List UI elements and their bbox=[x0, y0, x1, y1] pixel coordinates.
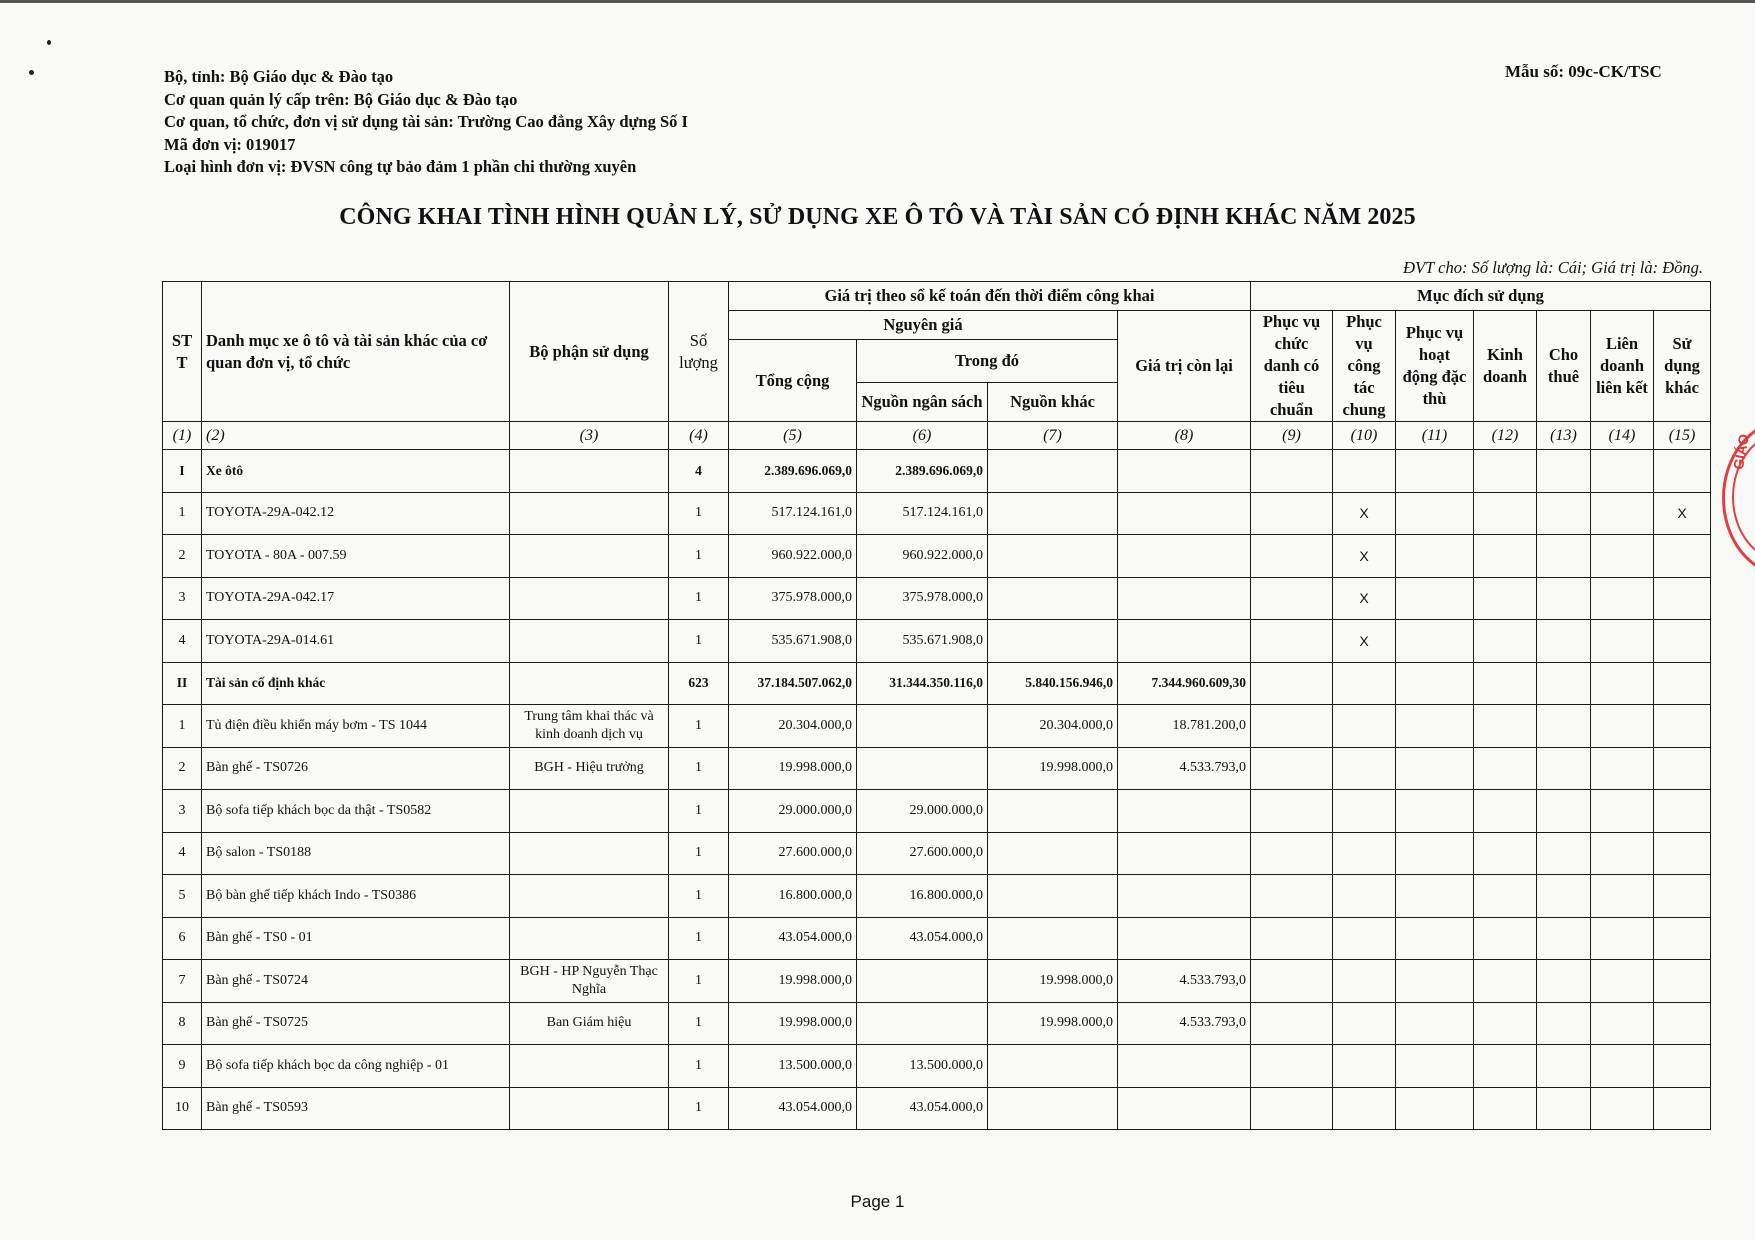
row-department: Trung tâm khai thác và kinh doanh dịch v… bbox=[510, 705, 669, 748]
row-p14 bbox=[1591, 620, 1654, 663]
row-stt: 6 bbox=[163, 917, 202, 960]
row-p13 bbox=[1537, 620, 1591, 663]
header-item: Danh mục xe ô tô và tài sản khác của cơ … bbox=[202, 282, 510, 422]
row-p13 bbox=[1537, 662, 1591, 705]
row-p10 bbox=[1333, 705, 1396, 748]
table-row: 8Bàn ghế - TS0725Ban Giám hiệu119.998.00… bbox=[163, 1002, 1711, 1045]
row-p15 bbox=[1654, 875, 1711, 918]
row-p13 bbox=[1537, 535, 1591, 578]
row-budget-source bbox=[857, 960, 988, 1003]
row-p12 bbox=[1474, 790, 1537, 833]
row-stt: 2 bbox=[163, 747, 202, 790]
column-number: (8) bbox=[1118, 422, 1251, 450]
header-p15: Sử dụng khác bbox=[1654, 311, 1711, 422]
row-remaining-value: 18.781.200,0 bbox=[1118, 705, 1251, 748]
row-remaining-value bbox=[1118, 535, 1251, 578]
row-p15 bbox=[1654, 450, 1711, 493]
row-remaining-value bbox=[1118, 492, 1251, 535]
row-budget-source: 375.978.000,0 bbox=[857, 577, 988, 620]
row-p13 bbox=[1537, 747, 1591, 790]
row-p14 bbox=[1591, 1045, 1654, 1088]
row-p13 bbox=[1537, 832, 1591, 875]
row-stt: 1 bbox=[163, 705, 202, 748]
row-p12 bbox=[1474, 917, 1537, 960]
column-number: (6) bbox=[857, 422, 988, 450]
row-p12 bbox=[1474, 450, 1537, 493]
row-stt: 7 bbox=[163, 960, 202, 1003]
row-p13 bbox=[1537, 875, 1591, 918]
row-remaining-value bbox=[1118, 1087, 1251, 1130]
row-remaining-value bbox=[1118, 832, 1251, 875]
row-budget-source: 16.800.000,0 bbox=[857, 875, 988, 918]
row-p12 bbox=[1474, 747, 1537, 790]
row-other-source: 5.840.156.946,0 bbox=[988, 662, 1118, 705]
row-p9 bbox=[1251, 747, 1333, 790]
row-p9 bbox=[1251, 535, 1333, 578]
row-department bbox=[510, 492, 669, 535]
column-number: (7) bbox=[988, 422, 1118, 450]
scan-top-edge bbox=[0, 0, 1755, 3]
table-row: 5Bộ bàn ghế tiếp khách Indo - TS0386116.… bbox=[163, 875, 1711, 918]
row-p12 bbox=[1474, 832, 1537, 875]
row-p14 bbox=[1591, 705, 1654, 748]
asset-table: ST T Danh mục xe ô tô và tài sản khác củ… bbox=[162, 281, 1711, 1130]
row-budget-source: 43.054.000,0 bbox=[857, 1087, 988, 1130]
header-total: Tổng cộng bbox=[729, 340, 857, 422]
row-p11 bbox=[1396, 747, 1474, 790]
header-p11: Phục vụ hoạt động đặc thù bbox=[1396, 311, 1474, 422]
column-number: (3) bbox=[510, 422, 669, 450]
column-number: (5) bbox=[729, 422, 857, 450]
unit-note: ĐVT cho: Số lượng là: Cái; Giá trị là: Đ… bbox=[1403, 258, 1703, 278]
header-p9: Phục vụ chức danh có tiêu chuẩn bbox=[1251, 311, 1333, 422]
row-p15 bbox=[1654, 790, 1711, 833]
row-p15 bbox=[1654, 917, 1711, 960]
row-item-name: Tủ điện điều khiển máy bơm - TS 1044 bbox=[202, 705, 510, 748]
row-p11 bbox=[1396, 705, 1474, 748]
row-p11 bbox=[1396, 832, 1474, 875]
column-number: (15) bbox=[1654, 422, 1711, 450]
row-p13 bbox=[1537, 1002, 1591, 1045]
row-p13 bbox=[1537, 1087, 1591, 1130]
table-row: 3Bộ sofa tiếp khách bọc da thật - TS0582… bbox=[163, 790, 1711, 833]
row-p12 bbox=[1474, 662, 1537, 705]
row-p14 bbox=[1591, 492, 1654, 535]
row-p12 bbox=[1474, 705, 1537, 748]
row-stt: 3 bbox=[163, 790, 202, 833]
header-other-source: Nguồn khác bbox=[988, 383, 1118, 422]
row-budget-source: 31.344.350.116,0 bbox=[857, 662, 988, 705]
row-other-source bbox=[988, 832, 1118, 875]
row-p10 bbox=[1333, 917, 1396, 960]
row-budget-source: 2.389.696.069,0 bbox=[857, 450, 988, 493]
row-p11 bbox=[1396, 790, 1474, 833]
table-row: 4Bộ salon - TS0188127.600.000,027.600.00… bbox=[163, 832, 1711, 875]
row-total: 19.998.000,0 bbox=[729, 960, 857, 1003]
table-row: 7Bàn ghế - TS0724BGH - HP Nguyễn Thạc Ng… bbox=[163, 960, 1711, 1003]
row-p10 bbox=[1333, 960, 1396, 1003]
document-title: CÔNG KHAI TÌNH HÌNH QUẢN LÝ, SỬ DỤNG XE … bbox=[0, 204, 1755, 231]
column-number: (10) bbox=[1333, 422, 1396, 450]
row-remaining-value bbox=[1118, 1045, 1251, 1088]
page-number: Page 1 bbox=[0, 1192, 1755, 1212]
row-p14 bbox=[1591, 1087, 1654, 1130]
row-item-name: Bộ sofa tiếp khách bọc da thật - TS0582 bbox=[202, 790, 510, 833]
row-quantity: 1 bbox=[669, 917, 729, 960]
column-number: (4) bbox=[669, 422, 729, 450]
row-other-source bbox=[988, 577, 1118, 620]
row-other-source: 19.998.000,0 bbox=[988, 960, 1118, 1003]
row-quantity: 1 bbox=[669, 960, 729, 1003]
row-remaining-value: 7.344.960.609,30 bbox=[1118, 662, 1251, 705]
row-p9 bbox=[1251, 917, 1333, 960]
row-total: 20.304.000,0 bbox=[729, 705, 857, 748]
row-p15 bbox=[1654, 535, 1711, 578]
row-item-name: Bộ bàn ghế tiếp khách Indo - TS0386 bbox=[202, 875, 510, 918]
row-p11 bbox=[1396, 1087, 1474, 1130]
row-remaining-value bbox=[1118, 917, 1251, 960]
row-p13 bbox=[1537, 960, 1591, 1003]
ministry-line: Bộ, tỉnh: Bộ Giáo dục & Đào tạo bbox=[164, 66, 688, 89]
row-p10: X bbox=[1333, 577, 1396, 620]
header-department: Bộ phận sử dụng bbox=[510, 282, 669, 422]
row-other-source: 19.998.000,0 bbox=[988, 1002, 1118, 1045]
row-p11 bbox=[1396, 450, 1474, 493]
row-p11 bbox=[1396, 577, 1474, 620]
table-row: 10Bàn ghế - TS0593143.054.000,043.054.00… bbox=[163, 1087, 1711, 1130]
row-p13 bbox=[1537, 1045, 1591, 1088]
row-total: 43.054.000,0 bbox=[729, 1087, 857, 1130]
row-item-name: Bàn ghế - TS0724 bbox=[202, 960, 510, 1003]
row-p10 bbox=[1333, 747, 1396, 790]
row-p14 bbox=[1591, 917, 1654, 960]
row-p15 bbox=[1654, 1087, 1711, 1130]
row-p9 bbox=[1251, 705, 1333, 748]
row-item-name: Xe ôtô bbox=[202, 450, 510, 493]
row-item-name: TOYOTA-29A-042.17 bbox=[202, 577, 510, 620]
row-p9 bbox=[1251, 790, 1333, 833]
row-stt: 10 bbox=[163, 1087, 202, 1130]
row-stt: 4 bbox=[163, 620, 202, 663]
row-total: 375.978.000,0 bbox=[729, 577, 857, 620]
row-other-source bbox=[988, 917, 1118, 960]
row-p10: X bbox=[1333, 535, 1396, 578]
column-number-row: (1)(2)(3)(4)(5)(6)(7)(8)(9)(10)(11)(12)(… bbox=[163, 422, 1711, 450]
row-stt: 9 bbox=[163, 1045, 202, 1088]
row-stt: 4 bbox=[163, 832, 202, 875]
row-p15 bbox=[1654, 662, 1711, 705]
row-quantity: 1 bbox=[669, 1045, 729, 1088]
column-number: (13) bbox=[1537, 422, 1591, 450]
row-p9 bbox=[1251, 577, 1333, 620]
row-p14 bbox=[1591, 747, 1654, 790]
scan-specks bbox=[25, 40, 55, 85]
row-p13 bbox=[1537, 705, 1591, 748]
row-stt: 5 bbox=[163, 875, 202, 918]
row-stt: I bbox=[163, 450, 202, 493]
column-number: (2) bbox=[202, 422, 510, 450]
row-p9 bbox=[1251, 960, 1333, 1003]
table-row: 3TOYOTA-29A-042.171375.978.000,0375.978.… bbox=[163, 577, 1711, 620]
row-other-source: 19.998.000,0 bbox=[988, 747, 1118, 790]
table-row: 1Tủ điện điều khiển máy bơm - TS 1044Tru… bbox=[163, 705, 1711, 748]
row-p14 bbox=[1591, 875, 1654, 918]
row-other-source bbox=[988, 1045, 1118, 1088]
row-quantity: 1 bbox=[669, 790, 729, 833]
row-total: 960.922.000,0 bbox=[729, 535, 857, 578]
row-p14 bbox=[1591, 535, 1654, 578]
row-total: 2.389.696.069,0 bbox=[729, 450, 857, 493]
row-p15 bbox=[1654, 747, 1711, 790]
column-number: (12) bbox=[1474, 422, 1537, 450]
row-total: 27.600.000,0 bbox=[729, 832, 857, 875]
row-department: Ban Giám hiệu bbox=[510, 1002, 669, 1045]
row-department bbox=[510, 577, 669, 620]
row-budget-source: 27.600.000,0 bbox=[857, 832, 988, 875]
row-budget-source: 29.000.000,0 bbox=[857, 790, 988, 833]
row-other-source bbox=[988, 1087, 1118, 1130]
row-total: 37.184.507.062,0 bbox=[729, 662, 857, 705]
row-remaining-value: 4.533.793,0 bbox=[1118, 747, 1251, 790]
row-budget-source: 535.671.908,0 bbox=[857, 620, 988, 663]
row-other-source: 20.304.000,0 bbox=[988, 705, 1118, 748]
row-quantity: 1 bbox=[669, 832, 729, 875]
row-item-name: Bàn ghế - TS0 - 01 bbox=[202, 917, 510, 960]
row-p14 bbox=[1591, 577, 1654, 620]
header-p14: Liên doanh liên kết bbox=[1591, 311, 1654, 422]
row-quantity: 1 bbox=[669, 705, 729, 748]
table-row: 6Bàn ghế - TS0 - 01143.054.000,043.054.0… bbox=[163, 917, 1711, 960]
row-department bbox=[510, 1087, 669, 1130]
row-total: 19.998.000,0 bbox=[729, 747, 857, 790]
row-p13 bbox=[1537, 790, 1591, 833]
row-p14 bbox=[1591, 790, 1654, 833]
header-p13: Cho thuê bbox=[1537, 311, 1591, 422]
row-department bbox=[510, 790, 669, 833]
row-item-name: Bàn ghế - TS0726 bbox=[202, 747, 510, 790]
row-p11 bbox=[1396, 535, 1474, 578]
table-row: 2TOYOTA - 80A - 007.591960.922.000,0960.… bbox=[163, 535, 1711, 578]
row-stt: II bbox=[163, 662, 202, 705]
organization-line: Cơ quan, tổ chức, đơn vị sử dụng tài sản… bbox=[164, 111, 688, 134]
row-other-source bbox=[988, 492, 1118, 535]
row-total: 29.000.000,0 bbox=[729, 790, 857, 833]
table-row: 9Bộ sofa tiếp khách bọc da công nghiệp -… bbox=[163, 1045, 1711, 1088]
row-p12 bbox=[1474, 492, 1537, 535]
row-quantity: 1 bbox=[669, 620, 729, 663]
row-budget-source: 13.500.000,0 bbox=[857, 1045, 988, 1088]
row-p9 bbox=[1251, 1002, 1333, 1045]
row-total: 535.671.908,0 bbox=[729, 620, 857, 663]
row-p11 bbox=[1396, 1045, 1474, 1088]
row-p10 bbox=[1333, 875, 1396, 918]
row-p15 bbox=[1654, 832, 1711, 875]
row-quantity: 1 bbox=[669, 577, 729, 620]
row-remaining-value bbox=[1118, 450, 1251, 493]
column-number: (11) bbox=[1396, 422, 1474, 450]
unit-type-line: Loại hình đơn vị: ĐVSN công tự bảo đảm 1… bbox=[164, 156, 688, 179]
row-p12 bbox=[1474, 960, 1537, 1003]
row-department bbox=[510, 832, 669, 875]
row-other-source bbox=[988, 535, 1118, 578]
row-department bbox=[510, 875, 669, 918]
row-budget-source bbox=[857, 705, 988, 748]
row-p15 bbox=[1654, 620, 1711, 663]
row-p12 bbox=[1474, 1087, 1537, 1130]
row-p11 bbox=[1396, 620, 1474, 663]
form-number: Mẫu số: 09c-CK/TSC bbox=[1505, 62, 1662, 82]
row-item-name: Bộ sofa tiếp khách bọc da công nghiệp - … bbox=[202, 1045, 510, 1088]
row-p9 bbox=[1251, 1045, 1333, 1088]
row-budget-source: 517.124.161,0 bbox=[857, 492, 988, 535]
column-number: (14) bbox=[1591, 422, 1654, 450]
row-budget-source bbox=[857, 1002, 988, 1045]
row-p12 bbox=[1474, 1002, 1537, 1045]
row-stt: 3 bbox=[163, 577, 202, 620]
row-department: BGH - Hiệu trưởng bbox=[510, 747, 669, 790]
row-p11 bbox=[1396, 492, 1474, 535]
row-quantity: 623 bbox=[669, 662, 729, 705]
row-budget-source bbox=[857, 747, 988, 790]
table-group-row: IXe ôtô42.389.696.069,02.389.696.069,0 bbox=[163, 450, 1711, 493]
supervisor-line: Cơ quan quản lý cấp trên: Bộ Giáo dục & … bbox=[164, 89, 688, 112]
table-row: 4TOYOTA-29A-014.611535.671.908,0535.671.… bbox=[163, 620, 1711, 663]
row-item-name: Tài sản cố định khác bbox=[202, 662, 510, 705]
header-of-which: Trong đó bbox=[857, 340, 1118, 383]
row-p15 bbox=[1654, 1045, 1711, 1088]
row-p9 bbox=[1251, 450, 1333, 493]
row-p11 bbox=[1396, 875, 1474, 918]
row-p10 bbox=[1333, 1002, 1396, 1045]
row-p12 bbox=[1474, 535, 1537, 578]
row-p13 bbox=[1537, 492, 1591, 535]
row-budget-source: 960.922.000,0 bbox=[857, 535, 988, 578]
row-p9 bbox=[1251, 620, 1333, 663]
row-quantity: 1 bbox=[669, 875, 729, 918]
row-item-name: TOYOTA-29A-014.61 bbox=[202, 620, 510, 663]
table-row: 1TOYOTA-29A-042.121517.124.161,0517.124.… bbox=[163, 492, 1711, 535]
row-total: 13.500.000,0 bbox=[729, 1045, 857, 1088]
row-department bbox=[510, 917, 669, 960]
row-p11 bbox=[1396, 917, 1474, 960]
header-purpose: Mục đích sử dụng bbox=[1251, 282, 1711, 311]
header-budget-source: Nguồn ngân sách bbox=[857, 383, 988, 422]
header-book-value: Giá trị theo sổ kế toán đến thời điểm cô… bbox=[729, 282, 1251, 311]
row-p12 bbox=[1474, 577, 1537, 620]
row-item-name: Bộ salon - TS0188 bbox=[202, 832, 510, 875]
row-remaining-value: 4.533.793,0 bbox=[1118, 1002, 1251, 1045]
row-p14 bbox=[1591, 1002, 1654, 1045]
row-remaining-value bbox=[1118, 790, 1251, 833]
row-remaining-value: 4.533.793,0 bbox=[1118, 960, 1251, 1003]
row-p10 bbox=[1333, 832, 1396, 875]
row-stt: 8 bbox=[163, 1002, 202, 1045]
row-p9 bbox=[1251, 832, 1333, 875]
row-department bbox=[510, 535, 669, 578]
row-p9 bbox=[1251, 1087, 1333, 1130]
row-other-source bbox=[988, 875, 1118, 918]
row-total: 43.054.000,0 bbox=[729, 917, 857, 960]
row-p15 bbox=[1654, 1002, 1711, 1045]
row-remaining-value bbox=[1118, 620, 1251, 663]
row-other-source bbox=[988, 620, 1118, 663]
row-item-name: Bàn ghế - TS0593 bbox=[202, 1087, 510, 1130]
row-p13 bbox=[1537, 450, 1591, 493]
row-department bbox=[510, 450, 669, 493]
row-p10 bbox=[1333, 662, 1396, 705]
row-stt: 1 bbox=[163, 492, 202, 535]
row-quantity: 1 bbox=[669, 747, 729, 790]
row-p15 bbox=[1654, 960, 1711, 1003]
row-quantity: 1 bbox=[669, 1002, 729, 1045]
row-quantity: 1 bbox=[669, 535, 729, 578]
row-p14 bbox=[1591, 832, 1654, 875]
row-p15 bbox=[1654, 577, 1711, 620]
row-p14 bbox=[1591, 662, 1654, 705]
row-quantity: 4 bbox=[669, 450, 729, 493]
row-p15 bbox=[1654, 705, 1711, 748]
row-p12 bbox=[1474, 1045, 1537, 1088]
header-p10: Phục vụ công tác chung bbox=[1333, 311, 1396, 422]
row-p10: X bbox=[1333, 620, 1396, 663]
row-p14 bbox=[1591, 450, 1654, 493]
row-p10 bbox=[1333, 450, 1396, 493]
row-p13 bbox=[1537, 917, 1591, 960]
row-p13 bbox=[1537, 577, 1591, 620]
row-item-name: TOYOTA-29A-042.12 bbox=[202, 492, 510, 535]
row-p15: X bbox=[1654, 492, 1711, 535]
header-quantity: Số lượng bbox=[669, 282, 729, 422]
header-stt: ST T bbox=[163, 282, 202, 422]
row-p9 bbox=[1251, 492, 1333, 535]
column-number: (9) bbox=[1251, 422, 1333, 450]
row-total: 16.800.000,0 bbox=[729, 875, 857, 918]
row-department bbox=[510, 662, 669, 705]
row-total: 19.998.000,0 bbox=[729, 1002, 857, 1045]
row-quantity: 1 bbox=[669, 1087, 729, 1130]
row-p11 bbox=[1396, 960, 1474, 1003]
row-item-name: Bàn ghế - TS0725 bbox=[202, 1002, 510, 1045]
row-remaining-value bbox=[1118, 577, 1251, 620]
row-budget-source: 43.054.000,0 bbox=[857, 917, 988, 960]
header-remaining-value: Giá trị còn lại bbox=[1118, 311, 1251, 422]
row-item-name: TOYOTA - 80A - 007.59 bbox=[202, 535, 510, 578]
table-row: 2Bàn ghế - TS0726BGH - Hiệu trưởng119.99… bbox=[163, 747, 1711, 790]
row-p11 bbox=[1396, 1002, 1474, 1045]
row-stt: 2 bbox=[163, 535, 202, 578]
unit-code-line: Mã đơn vị: 019017 bbox=[164, 134, 688, 157]
row-p11 bbox=[1396, 662, 1474, 705]
row-p9 bbox=[1251, 662, 1333, 705]
table-group-row: IITài sản cố định khác62337.184.507.062,… bbox=[163, 662, 1711, 705]
header-original-cost: Nguyên giá bbox=[729, 311, 1118, 340]
row-other-source bbox=[988, 450, 1118, 493]
row-p10 bbox=[1333, 1045, 1396, 1088]
row-p12 bbox=[1474, 620, 1537, 663]
row-p14 bbox=[1591, 960, 1654, 1003]
row-quantity: 1 bbox=[669, 492, 729, 535]
row-p10 bbox=[1333, 1087, 1396, 1130]
row-p12 bbox=[1474, 875, 1537, 918]
row-department bbox=[510, 620, 669, 663]
row-total: 517.124.161,0 bbox=[729, 492, 857, 535]
row-p10 bbox=[1333, 790, 1396, 833]
row-department bbox=[510, 1045, 669, 1088]
row-p10: X bbox=[1333, 492, 1396, 535]
header-info: Bộ, tỉnh: Bộ Giáo dục & Đào tạo Cơ quan … bbox=[164, 66, 688, 179]
column-number: (1) bbox=[163, 422, 202, 450]
row-department: BGH - HP Nguyễn Thạc Nghĩa bbox=[510, 960, 669, 1003]
